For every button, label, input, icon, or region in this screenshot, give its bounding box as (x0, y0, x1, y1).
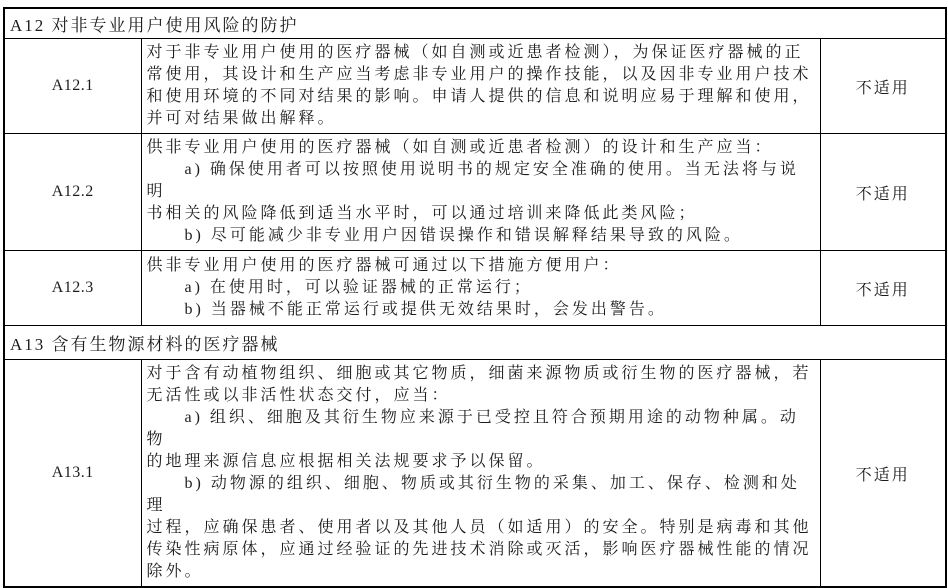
section-header-row-a12: A12 对非专业用户使用风险的防护 (4, 8, 946, 39)
clause-requirement-cell: 对于非专业用户使用的医疗器械（如自测或近患者检测），为保证医疗器械的正 常使用，… (141, 39, 820, 134)
section-header-a13: A13 含有生物源材料的医疗器械 (4, 326, 946, 360)
safety-requirements-table: A12 对非专业用户使用风险的防护 A12.1 对于非专业用户使用的医疗器械（如… (3, 7, 947, 551)
requirement-text: 供非专业用户使用的医疗器械（如自测或近患者检测）的设计和生产应当： a) 确保使… (147, 137, 816, 247)
clause-requirement-cell: 供非专业用户使用的医疗器械可通过以下措施方便用户： a) 在使用时，可以验证器械… (141, 251, 820, 326)
clause-requirement-cell: 供非专业用户使用的医疗器械（如自测或近患者检测）的设计和生产应当： a) 确保使… (141, 134, 820, 251)
clause-code: A12.1 (4, 39, 141, 134)
section-header-row-a13: A13 含有生物源材料的医疗器械 (4, 326, 946, 360)
clause-code: A12.3 (4, 251, 141, 326)
table-row-a12-3: A12.3 供非专业用户使用的医疗器械可通过以下措施方便用户： a) 在使用时，… (4, 251, 946, 326)
applicability-result: 不适用 (820, 134, 946, 251)
table-row-a12-1: A12.1 对于非专业用户使用的医疗器械（如自测或近患者检测），为保证医疗器械的… (4, 39, 946, 134)
table-row-a12-2: A12.2 供非专业用户使用的医疗器械（如自测或近患者检测）的设计和生产应当： … (4, 134, 946, 251)
table-row-a13-1: A13.1 对于含有动植物组织、细胞或其它物质，细菌来源物质或衍生物的医疗器械，… (4, 360, 946, 552)
applicability-result: 不适用 (820, 360, 946, 552)
applicability-result: 不适用 (820, 251, 946, 326)
clause-requirement-cell: 对于含有动植物组织、细胞或其它物质，细菌来源物质或衍生物的医疗器械，若 无活性或… (141, 360, 820, 552)
clause-code: A13.1 (4, 360, 141, 552)
requirement-text: 对于非专业用户使用的医疗器械（如自测或近患者检测），为保证医疗器械的正 常使用，… (147, 42, 816, 130)
section-header-a12: A12 对非专业用户使用风险的防护 (4, 8, 946, 39)
clause-code: A12.2 (4, 134, 141, 251)
applicability-result: 不适用 (820, 39, 946, 134)
requirement-text: 供非专业用户使用的医疗器械可通过以下措施方便用户： a) 在使用时，可以验证器械… (147, 255, 816, 321)
requirement-text: 对于含有动植物组织、细胞或其它物质，细菌来源物质或衍生物的医疗器械，若 无活性或… (147, 363, 816, 551)
